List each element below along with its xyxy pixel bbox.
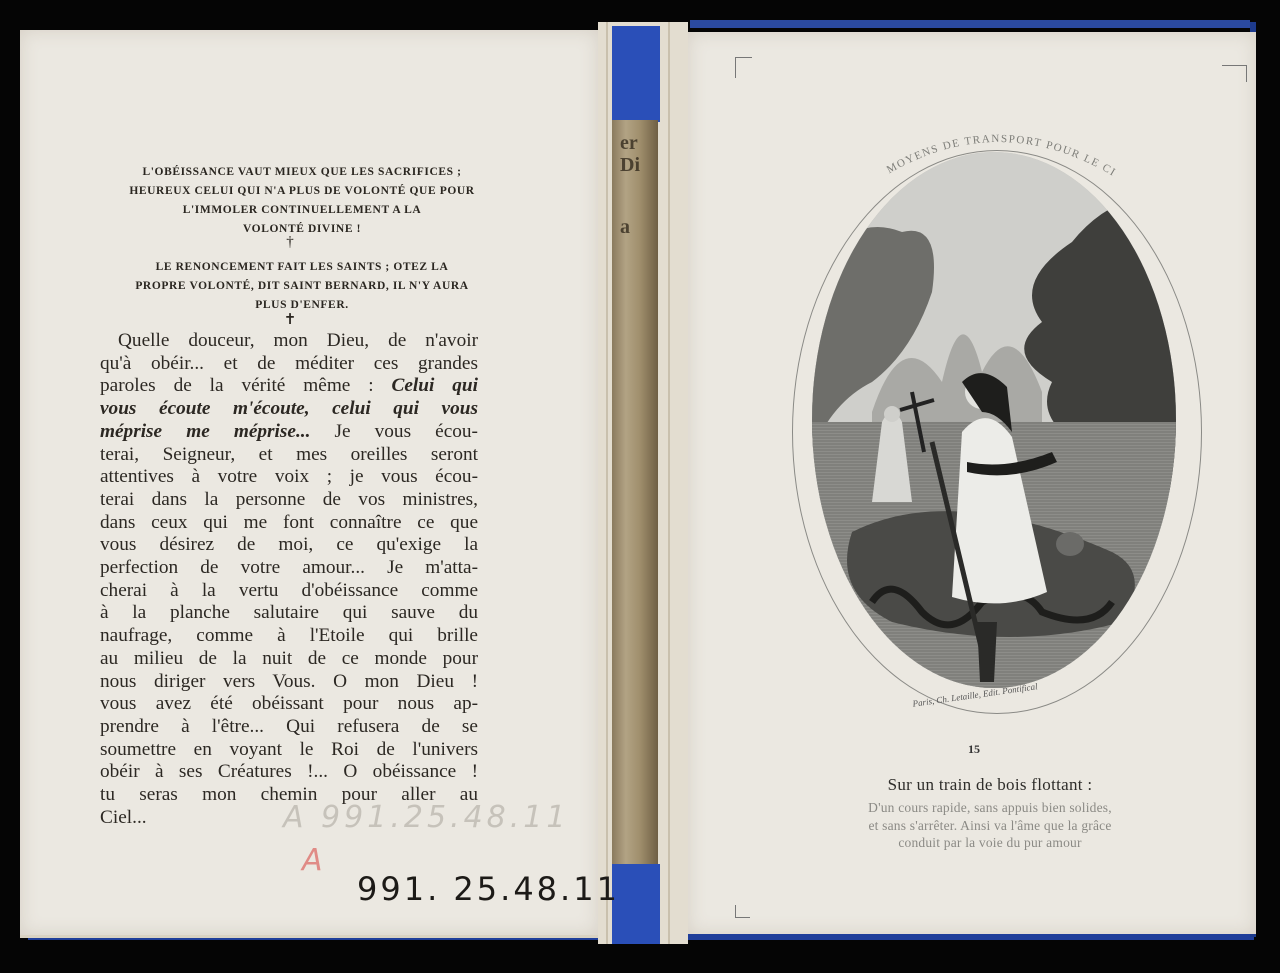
- text-line: qu'à obéir... et de méditer ces grandes: [100, 353, 478, 376]
- text-line-italic: vous écoute m'écoute, celui qui vous: [100, 398, 478, 421]
- caption-line: conduit par la voie du pur amour: [800, 835, 1180, 851]
- text-line: terai dans la personne de vos ministres,: [100, 489, 478, 512]
- red-pencil-mark: A: [302, 843, 323, 878]
- text-line: obéir à ses Créatures !... O obéissance …: [100, 761, 478, 784]
- text-line: terai, Seigneur, et mes oreilles seront: [100, 444, 478, 467]
- ink-inventory-number: 991. 25.48.11: [357, 870, 620, 908]
- text-line: perfection de votre amour... Je m'atta-: [100, 557, 478, 580]
- text-line: soumettre en voyant le Roi de l'univers: [100, 739, 478, 762]
- plate-number: 15: [968, 742, 980, 757]
- engraving-scene-icon: [812, 152, 1176, 688]
- text-line: dans ceux qui me font connaître ce que: [100, 512, 478, 535]
- engraving-illustration: [812, 152, 1176, 688]
- caption-line: D'un cours rapide, sans appuis bien soli…: [800, 800, 1180, 816]
- text-line: cherai à la vertu d'obéissance comme: [100, 580, 478, 603]
- crop-mark-top-right: [1222, 65, 1247, 82]
- text-line: paroles de la vérité même : Celui qui: [100, 375, 478, 398]
- text-line: méprise me méprise... Je vous écou-: [100, 421, 478, 444]
- crop-mark-top-left: [735, 57, 752, 78]
- spine-fold-line: [668, 22, 670, 944]
- meditation-body-text: Quelle douceur, mon Dieu, de n'avoir qu'…: [100, 330, 478, 829]
- text-line: nous diriger vers Vous. O mon Dieu !: [100, 671, 478, 694]
- book-spine: er Di a: [598, 22, 688, 944]
- text-line: naufrage, comme à l'Etoile qui brille: [100, 625, 478, 648]
- caption-title: Sur un train de bois flottant :: [820, 775, 1160, 795]
- text-line: Quelle douceur, mon Dieu, de n'avoir: [100, 330, 478, 353]
- text-line: vous désirez de moi, ce qu'exige la: [100, 534, 478, 557]
- text-line: attentives à votre voix ; je vous écou-: [100, 466, 478, 489]
- spine-fold-line: [606, 22, 608, 944]
- caption-line: et sans s'arrêter. Ainsi va l'âme que la…: [800, 818, 1180, 834]
- text-line: à la planche salutaire qui sauve du: [100, 602, 478, 625]
- text-line: prendre à l'être... Qui refusera de se: [100, 716, 478, 739]
- cross-divider-icon: †: [282, 234, 298, 251]
- spine-cloth-top: [612, 26, 660, 122]
- cross-divider-icon: ✝: [282, 310, 298, 329]
- epigraph-obedience: L'obéissance vaut mieux que les sacrific…: [62, 163, 542, 239]
- cover-edge-top-right: [690, 20, 1250, 28]
- text-line: vous avez été obéissant pour nous ap-: [100, 693, 478, 716]
- text-line: au milieu de la nuit de ce monde pour: [100, 648, 478, 671]
- spine-fragment-text: er Di a: [620, 132, 640, 238]
- faint-pencil-inventory-number: A 991.25.48.11: [283, 800, 569, 835]
- crop-mark-bottom-left: [735, 905, 750, 918]
- epigraph-renunciation: Le renoncement fait les saints ; otez la…: [62, 258, 542, 315]
